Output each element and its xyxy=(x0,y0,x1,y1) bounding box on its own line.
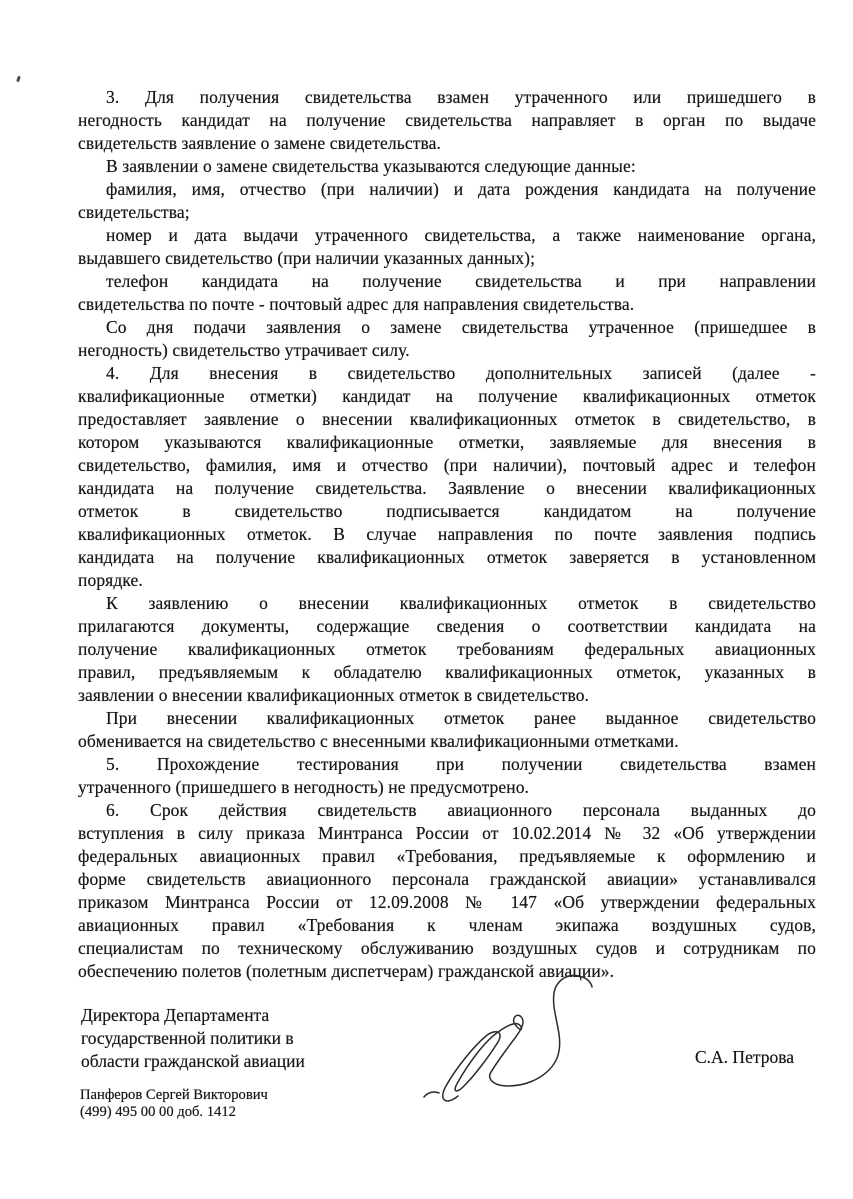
text-line: квалификационных отметок. В случае напра… xyxy=(78,523,816,546)
text-line: кандидата на получение квалификационных … xyxy=(78,546,816,569)
signatory-name: С.А. Петрова xyxy=(695,1046,794,1068)
text-line: негодность) свидетельство утрачивает сил… xyxy=(78,339,816,362)
text-line: прилагаются документы, содержащие сведен… xyxy=(78,615,816,638)
text-line: правил, предъявляемым к обладателю квали… xyxy=(78,661,816,684)
text-line: квалификационные отметки) кандидат на по… xyxy=(78,385,816,408)
text-line: выдавшего свидетельство (при наличии ука… xyxy=(78,247,816,270)
text-line: котором указываются квалификационные отм… xyxy=(78,431,816,454)
text-line: свидетельства по почте - почтовый адрес … xyxy=(78,293,816,316)
text-line: получение квалификационных отметок требо… xyxy=(78,638,816,661)
signatory-title: Директора Департамента государственной п… xyxy=(81,1004,381,1073)
text-line: вступления в силу приказа Минтранса Росс… xyxy=(78,822,816,845)
executor-phone: (499) 495 00 00 доб. 1412 xyxy=(80,1104,268,1121)
text-line: обменивается на свидетельство с внесенны… xyxy=(78,730,816,753)
text-line: утраченного (пришедшего в негодность) не… xyxy=(78,776,816,799)
handwritten-signature-icon xyxy=(418,970,608,1110)
text-line: свидетельств заявление о замене свидетел… xyxy=(78,132,816,155)
text-line: 3. Для получения свидетельства взамен ут… xyxy=(78,86,816,109)
text-line: В заявлении о замене свидетельства указы… xyxy=(78,155,816,178)
scan-artifact-speck xyxy=(16,76,21,83)
text-line: порядке. xyxy=(78,569,816,592)
text-line: телефон кандидата на получение свидетель… xyxy=(78,270,816,293)
text-line: номер и дата выдачи утраченного свидетел… xyxy=(78,224,816,247)
text-line: 4. Для внесения в свидетельство дополнит… xyxy=(78,362,816,385)
text-line: Со дня подачи заявления о замене свидете… xyxy=(78,316,816,339)
text-line: авиационных правил «Требования к членам … xyxy=(78,914,816,937)
text-line: фамилия, имя, отчество (при наличии) и д… xyxy=(78,178,816,201)
executor-contact: Панферов Сергей Викторович (499) 495 00 … xyxy=(80,1087,268,1120)
text-line: 5. Прохождение тестирования при получени… xyxy=(78,753,816,776)
executor-name: Панферов Сергей Викторович xyxy=(80,1087,268,1104)
text-line: отметок в свидетельство подписывается ка… xyxy=(78,500,816,523)
document-body-text: 3. Для получения свидетельства взамен ут… xyxy=(78,86,816,983)
text-line: 6. Срок действия свидетельств авиационно… xyxy=(78,799,816,822)
text-line: свидетельства; xyxy=(78,201,816,224)
text-line: заявлении о внесении квалификационных от… xyxy=(78,684,816,707)
text-line: К заявлению о внесении квалификационных … xyxy=(78,592,816,615)
scanned-document-page: 3. Для получения свидетельства взамен ут… xyxy=(0,0,853,1199)
text-line: приказом Минтранса России от 12.09.2008 … xyxy=(78,891,816,914)
text-line: негодность кандидат на получение свидете… xyxy=(78,109,816,132)
text-line: федеральных авиационных правил «Требован… xyxy=(78,845,816,868)
text-line: специалистам по техническому обслуживани… xyxy=(78,937,816,960)
text-line: При внесении квалификационных отметок ра… xyxy=(78,707,816,730)
text-line: форме свидетельств авиационного персонал… xyxy=(78,868,816,891)
text-line: кандидата на получение свидетельства. За… xyxy=(78,477,816,500)
text-line: свидетельство, фамилия, имя и отчество (… xyxy=(78,454,816,477)
text-line: предоставляет заявление о внесении квали… xyxy=(78,408,816,431)
